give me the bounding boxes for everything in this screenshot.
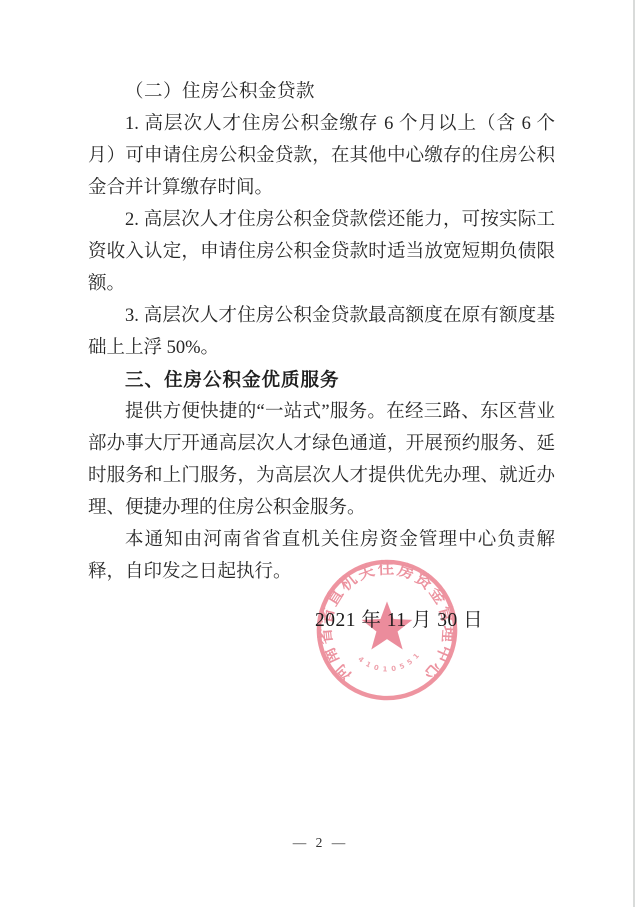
page-number: — 2 — xyxy=(0,835,641,851)
clause-2: 2. 高层次人才住房公积金贷款偿还能力，可按实际工资收入认定，申请住房公积金贷款… xyxy=(88,204,555,300)
section-subheading: （二）住房公积金贷款 xyxy=(88,76,555,108)
document-body: （二）住房公积金贷款 1. 高层次人才住房公积金缴存 6 个月以上（含 6 个月… xyxy=(88,76,555,588)
clause-1: 1. 高层次人才住房公积金缴存 6 个月以上（含 6 个月）可申请住房公积金贷款… xyxy=(88,108,555,204)
document-page: （二）住房公积金贷款 1. 高层次人才住房公积金缴存 6 个月以上（含 6 个月… xyxy=(0,0,641,907)
clause-3: 3. 高层次人才住房公积金贷款最高额度在原有额度基础上上浮 50%。 xyxy=(88,300,555,364)
closing-paragraph: 本通知由河南省省直机关住房资金管理中心负责解释，自印发之日起执行。 xyxy=(88,524,555,588)
service-paragraph: 提供方便快捷的“一站式”服务。在经三路、东区营业部办事大厅开通高层次人才绿色通道… xyxy=(88,396,555,524)
scan-edge-line xyxy=(633,0,635,907)
section-heading: 三、住房公积金优质服务 xyxy=(88,364,555,396)
date-text: 2021 年 11 月 30 日 xyxy=(315,604,483,632)
